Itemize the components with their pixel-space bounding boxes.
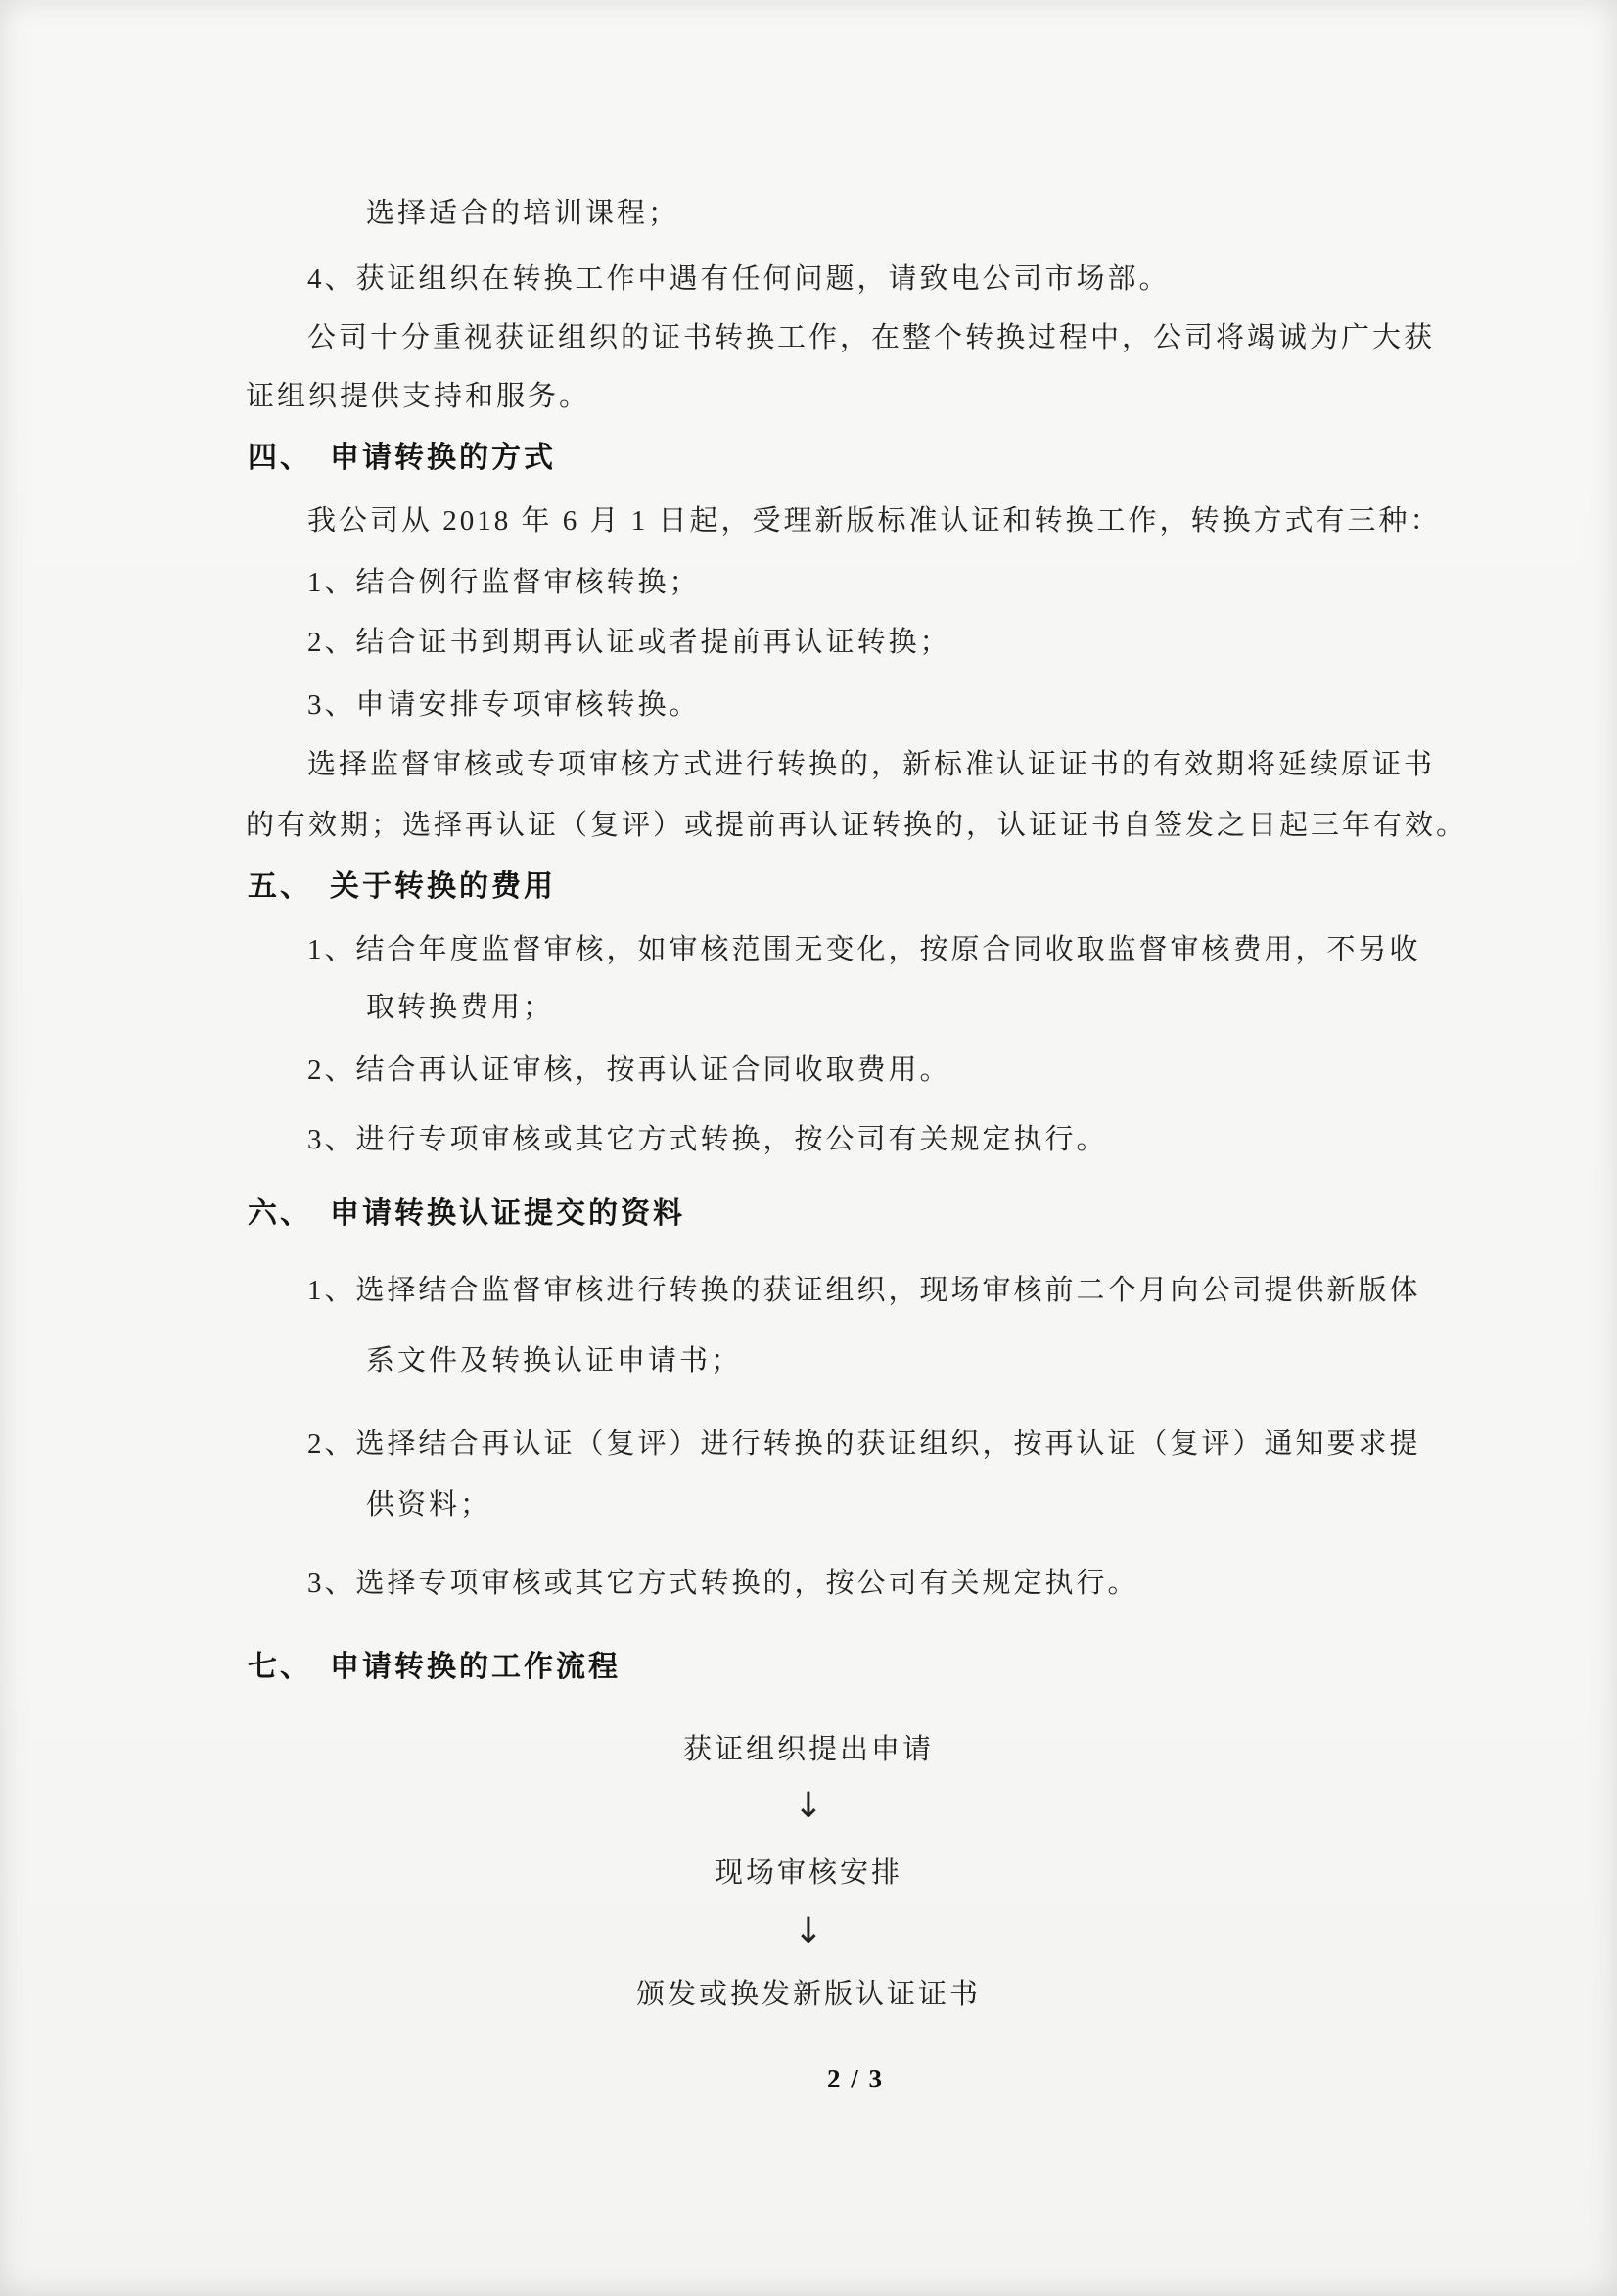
intro-paragraph-line-1: 公司十分重视获证组织的证书转换工作，在整个转换过程中，公司将竭诚为广大获 [307, 321, 1435, 354]
flow-step-3: 颁发或换发新版认证证书 [0, 1978, 1617, 2011]
section-4-heading: 四、 申请转换的方式 [248, 442, 556, 475]
section-4-note-line-1: 选择监督审核或专项审核方式进行转换的，新标准认证证书的有效期将延续原证书 [307, 748, 1435, 781]
section-4-intro: 我公司从 2018 年 6 月 1 日起，受理新版标准认证和转换工作，转换方式有… [307, 504, 1442, 538]
section-7-heading: 七、 申请转换的工作流程 [248, 1651, 621, 1684]
intro-paragraph-line-2: 证组织提供支持和服务。 [246, 380, 590, 413]
section-4-item-1: 1、结合例行监督审核转换； [307, 566, 701, 599]
section-5-item-1-line-1: 1、结合年度监督审核，如审核范围无变化，按原合同收取监督审核费用，不另收 [307, 933, 1421, 966]
section-6-heading: 六、 申请转换认证提交的资料 [248, 1197, 685, 1231]
section-6-item-3: 3、选择专项审核或其它方式转换的，按公司有关规定执行。 [307, 1567, 1139, 1600]
flow-arrow-down-icon: ↓ [0, 1790, 1617, 1823]
section-4-item-3: 3、申请安排专项审核转换。 [307, 688, 701, 722]
section-5-item-1-line-2: 取转换费用； [366, 991, 554, 1024]
section-6-item-2-line-1: 2、选择结合再认证（复评）进行转换的获证组织，按再认证（复评）通知要求提 [307, 1428, 1421, 1461]
section-4-item-2: 2、结合证书到期再认证或者提前再认证转换； [307, 626, 951, 659]
section-6-item-1-line-2: 系文件及转换认证申请书； [366, 1344, 742, 1378]
flow-arrow-down-icon: ↓ [0, 1915, 1617, 1948]
intro-continuation-line: 选择适合的培训课程； [366, 197, 679, 230]
section-4-note-line-2: 的有效期；选择再认证（复评）或提前再认证转换的，认证证书自签发之日起三年有效。 [246, 809, 1467, 842]
page-number: 2 / 3 [827, 2062, 884, 2095]
flow-step-1: 获证组织提出申请 [0, 1733, 1617, 1766]
intro-item-4: 4、获证组织在转换工作中遇有任何问题，请致电公司市场部。 [307, 262, 1171, 296]
section-6-item-1-line-1: 1、选择结合监督审核进行转换的获证组织，现场审核前二个月向公司提供新版体 [307, 1274, 1421, 1307]
section-5-heading: 五、 关于转换的费用 [248, 870, 556, 904]
flow-step-2: 现场审核安排 [0, 1856, 1617, 1890]
section-5-item-3: 3、进行专项审核或其它方式转换，按公司有关规定执行。 [307, 1123, 1108, 1156]
section-6-item-2-line-2: 供资料； [366, 1488, 491, 1522]
section-5-item-2: 2、结合再认证审核，按再认证合同收取费用。 [307, 1054, 951, 1087]
document-page: 选择适合的培训课程； 4、获证组织在转换工作中遇有任何问题，请致电公司市场部。 … [0, 0, 1617, 2296]
